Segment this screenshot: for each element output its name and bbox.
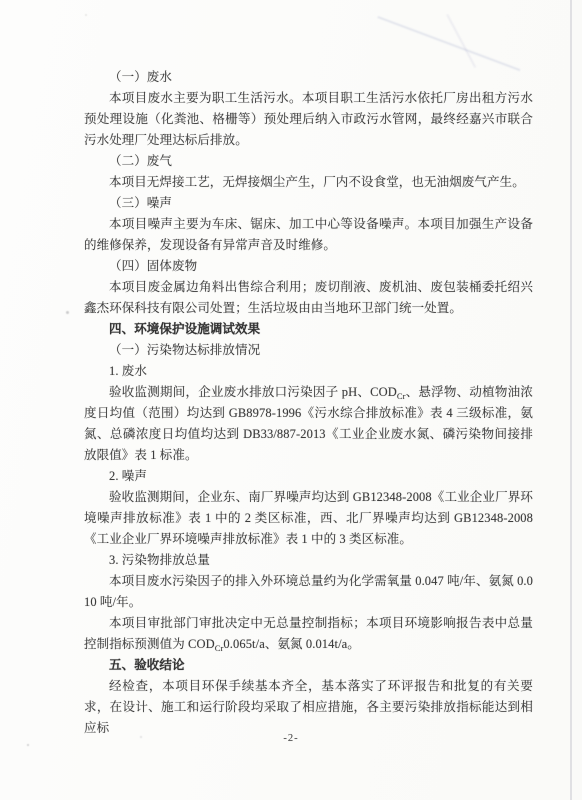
subheading-item-total-emission: 3. 污染物排放总量: [84, 550, 533, 571]
paragraph-text-part: 0.065t/a、氨氮 0.014t/a。: [223, 637, 359, 651]
subheading-waste-gas: （二）废气: [84, 151, 533, 172]
paragraph-total-emission: 本项目废水污染因子的排入外环境总量约为化学需氧量 0.047 吨/年、氨氮 0.…: [84, 571, 533, 613]
cod-subscript: Cr: [397, 391, 406, 401]
section-heading-acceptance-conclusion: 五、验收结论: [84, 655, 533, 676]
paragraph-solid-waste: 本项目废金属边角料出售综合利用；废切削液、废机油、废包装桶委托绍兴鑫杰环保科技有…: [84, 277, 533, 319]
subheading-pollutant-compliance: （一）污染物达标排放情况: [84, 340, 533, 361]
subheading-solid-waste: （四）固体废物: [84, 256, 533, 277]
paragraph-noise-monitoring: 验收监测期间，企业东、南厂界噪声均达到 GB12348-2008《工业企业厂界环…: [84, 487, 533, 550]
page-number: -2-: [0, 733, 582, 744]
scan-artifact-speck: [66, 311, 69, 314]
scan-artifact-speck: [140, 736, 142, 738]
paragraph-conclusion: 经检查，本项目环保手续基本齐全，基本落实了环评报告和批复的有关要求，在设计、施工…: [84, 676, 533, 739]
subheading-wastewater: （一）废水: [84, 67, 533, 88]
cod-subscript: Cr: [215, 643, 224, 653]
subheading-noise: （三）噪声: [84, 193, 533, 214]
paragraph-approval-indicators: 本项目审批部门审批决定中无总量控制指标；本项目环境影响报告表中总量控制指标预测值…: [84, 613, 533, 655]
subheading-item-wastewater: 1. 废水: [84, 361, 533, 382]
scan-artifact-speck: [27, 744, 29, 746]
paragraph-wastewater: 本项目废水主要为职工生活污水。本项目职工生活污水依托厂房出租方污水预处理设施（化…: [84, 88, 533, 151]
scan-artifact-streak: [377, 16, 520, 71]
scan-artifact-speck: [85, 14, 87, 16]
scan-artifact-streak: [447, 14, 476, 68]
paragraph-waste-gas: 本项目无焊接工艺，无焊接烟尘产生，厂内不设食堂，也无油烟废气产生。: [84, 172, 533, 193]
scanned-document-page: （一）废水 本项目废水主要为职工生活污水。本项目职工生活污水依托厂房出租方污水预…: [0, 0, 582, 800]
document-body: （一）废水 本项目废水主要为职工生活污水。本项目职工生活污水依托厂房出租方污水预…: [84, 67, 533, 739]
scan-artifact-paper-edge: [570, 0, 572, 800]
paragraph-text-part: 验收监测期间，企业废水排放口污染因子 pH、COD: [109, 385, 397, 399]
section-heading-facility-debug-effect: 四、环境保护设施调试效果: [84, 319, 533, 340]
subheading-item-noise: 2. 噪声: [84, 466, 533, 487]
paragraph-wastewater-monitoring: 验收监测期间，企业废水排放口污染因子 pH、CODCr、悬浮物、动植物油浓度日均…: [84, 382, 533, 466]
paragraph-noise: 本项目噪声主要为车床、锯床、加工中心等设备噪声。本项目加强生产设备的维修保养，发…: [84, 214, 533, 256]
